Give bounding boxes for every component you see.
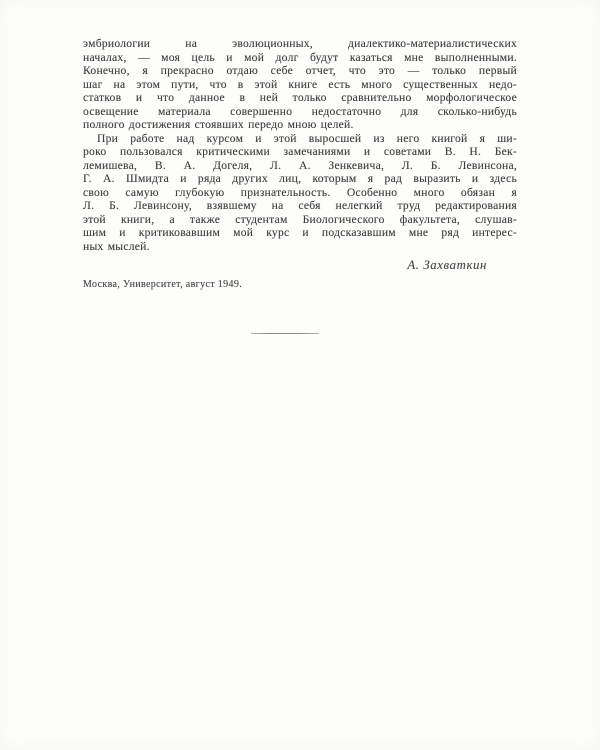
text-line: освещение материала совершенно недостато… <box>83 105 517 119</box>
text-line: лемишева, В. А. Догеля, Л. А. Зенкевича,… <box>83 159 517 173</box>
text-line: ных мыслей. <box>83 240 517 254</box>
text-line: Л. Б. Левинсону, взявшему на себя нелегк… <box>83 199 517 213</box>
text-line: полного достижения стоявших передо мною … <box>83 118 517 132</box>
author-signature: А. Захваткин <box>83 258 517 272</box>
text-line: роко пользовался критическими замечаниям… <box>83 145 517 159</box>
text-line: свою самую глубокую признательность. Осо… <box>83 186 517 200</box>
place-dateline: Москва, Университет, август 1949. <box>83 279 517 291</box>
scanned-book-page: эмбриологии на эволюционных, диалектико-… <box>0 0 600 750</box>
text-block: эмбриологии на эволюционных, диалектико-… <box>83 37 517 291</box>
text-line: При работе над курсом и этой выросшей из… <box>83 132 517 146</box>
section-divider-rule <box>251 333 319 334</box>
text-line: началах, — моя цель и мой долг будут каз… <box>83 51 517 65</box>
text-line: эмбриологии на эволюционных, диалектико-… <box>83 37 517 51</box>
text-line: статков и что данное в ней только сравни… <box>83 91 517 105</box>
text-line: этой книги, а также студентам Биологичес… <box>83 213 517 227</box>
text-line: шаг на этом пути, что в этой книге есть … <box>83 78 517 92</box>
text-line: шим и критиковавшим мой курс и подсказав… <box>83 226 517 240</box>
text-line: Г. А. Шмидта и ряда других лиц, которым … <box>83 172 517 186</box>
text-line: Конечно, я прекрасно отдаю себе отчет, ч… <box>83 64 517 78</box>
